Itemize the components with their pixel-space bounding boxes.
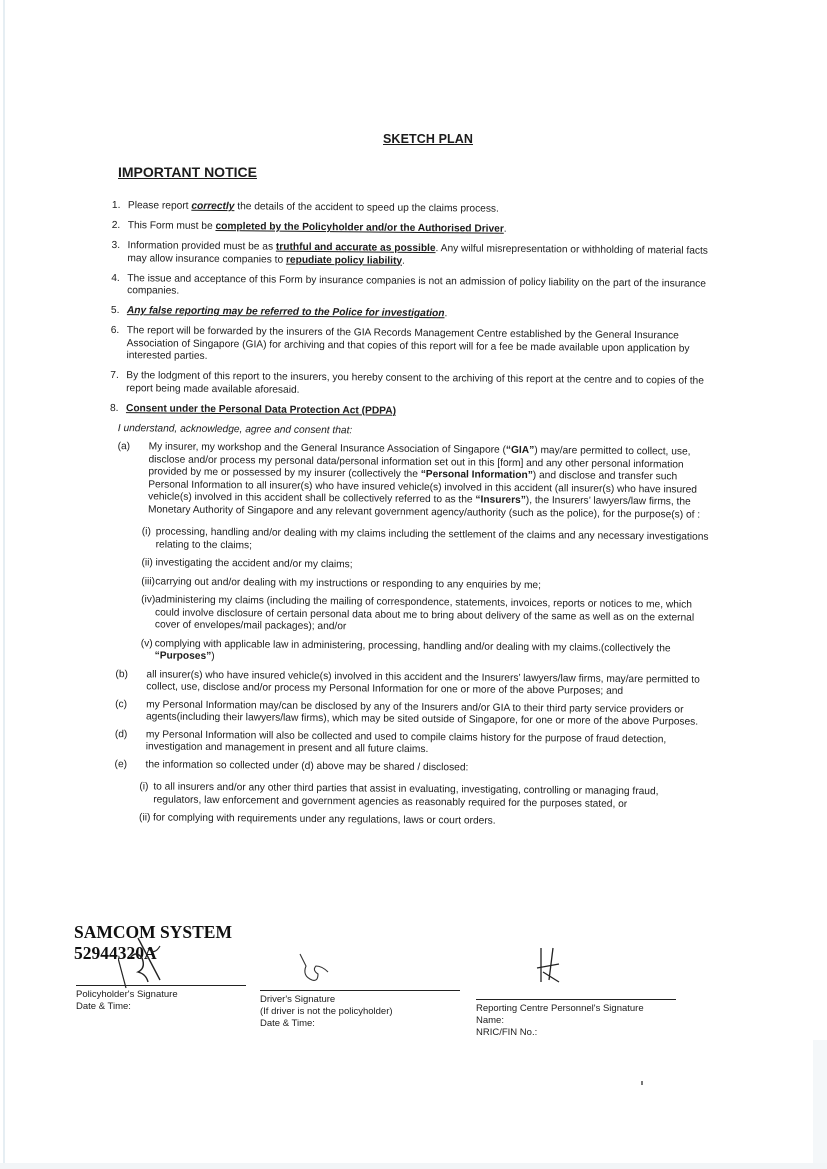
sub-clause-list: (i)to all insurers and/or any other thir…	[139, 781, 706, 830]
emphasized-text: “Personal Information”	[421, 469, 533, 481]
emphasized-text: “GIA”	[506, 445, 534, 456]
item-text: The report will be forwarded by the insu…	[126, 325, 710, 368]
consent-section: 8. Consent under the Personal Data Prote…	[110, 402, 710, 420]
scan-edge	[0, 1163, 827, 1169]
item-number: 4.	[111, 272, 120, 285]
text-run: This Form must be	[128, 220, 216, 232]
sub-clause-label: (iii)	[141, 576, 155, 589]
item-text: By the lodgment of this report to the in…	[126, 370, 710, 401]
clause-text: My insurer, my workshop and the General …	[148, 441, 710, 521]
notice-item: 4.The issue and acceptance of this Form …	[111, 272, 711, 303]
sub-clause-label: (i)	[139, 781, 148, 794]
text-run: )	[211, 651, 215, 662]
item-number: 1.	[112, 200, 121, 213]
sub-clause-text: investigating the accident and/or my cla…	[155, 557, 708, 575]
reporting-centre-id-label: NRIC/FIN No.:	[476, 1027, 676, 1039]
sub-clause-label: (v)	[141, 638, 153, 651]
sub-clause-list: (i)processing, handling and/or dealing w…	[141, 526, 709, 668]
driver-signature-note: (If driver is not the policyholder)	[260, 1006, 460, 1018]
item-text: The issue and acceptance of this Form by…	[127, 273, 711, 304]
notice-list: 1.Please report correctly the details of…	[106, 200, 712, 836]
sub-clause-text: to all insurers and/or any other third p…	[153, 781, 706, 811]
text-run: The report will be forwarded by the insu…	[126, 325, 689, 362]
reporting-centre-name-label: Name:	[476, 1015, 676, 1027]
notice-heading: IMPORTANT NOTICE	[118, 164, 257, 180]
consent-clause: (c)my Personal Information may/can be di…	[115, 699, 707, 730]
text-run: Information provided must be as	[128, 240, 276, 252]
signature-line	[476, 999, 676, 1000]
sub-clause-label: (ii)	[141, 557, 152, 570]
emphasized-text: correctly	[191, 201, 234, 212]
notice-item: 7.By the lodgment of this report to the …	[110, 370, 710, 401]
emphasized-text: completed by the Policyholder and/or the…	[215, 221, 503, 235]
reporting-centre-signature-mark	[535, 946, 563, 986]
text-run: all insurer(s) who have insured vehicle(…	[146, 669, 700, 697]
text-run: .	[504, 224, 507, 235]
notice-item: 6.The report will be forwarded by the in…	[110, 325, 710, 368]
driver-signature-block: Driver's Signature (If driver is not the…	[260, 990, 460, 1030]
item-text: Any false reporting may be referred to t…	[127, 305, 711, 323]
clause-text: my Personal Information may/can be discl…	[146, 699, 707, 729]
text-run: The issue and acceptance of this Form by…	[127, 273, 706, 297]
consent-heading: Consent under the Personal Data Protecti…	[126, 403, 710, 421]
reporting-centre-signature-block: Reporting Centre Personnel's Signature N…	[476, 999, 676, 1039]
emphasized-text: “Insurers”	[475, 495, 525, 506]
sub-clause-text: carrying out and/or dealing with my inst…	[155, 576, 708, 594]
sub-clause: (v)complying with applicable law in admi…	[141, 638, 708, 668]
emphasized-text: truthful and accurate as possible	[276, 242, 436, 255]
consent-clause: (d)my Personal Information will also be …	[115, 729, 707, 760]
sub-clause: (i)to all insurers and/or any other thir…	[139, 781, 706, 811]
item-number: 6.	[111, 325, 120, 338]
text-run: .	[402, 255, 405, 266]
scan-edge	[813, 1040, 827, 1169]
sub-clause: (iv)administering my claims (including t…	[141, 594, 708, 637]
clause-text: the information so collected under (d) a…	[146, 759, 707, 777]
sub-clause-text: administering my claims (including the m…	[155, 594, 708, 637]
consent-body: I understand, acknowledge, agree and con…	[114, 423, 710, 831]
sub-clause: (i)processing, handling and/or dealing w…	[142, 526, 709, 556]
policyholder-signature-mark	[118, 930, 198, 990]
clause-label: (c)	[115, 699, 127, 712]
consent-intro: I understand, acknowledge, agree and con…	[118, 423, 710, 441]
driver-signature-label: Driver's Signature	[260, 994, 460, 1006]
text-run: complying with applicable law in adminis…	[155, 638, 671, 654]
notice-item: 5.Any false reporting may be referred to…	[111, 305, 711, 323]
policyholder-signature-label: Policyholder's Signature	[76, 989, 246, 1001]
clause-label: (b)	[115, 669, 128, 682]
item-text: This Form must be completed by the Polic…	[128, 220, 712, 238]
signature-line	[76, 985, 246, 986]
sub-clause-label: (iv)	[141, 594, 155, 607]
scan-edge	[3, 0, 5, 1169]
clause-label: (d)	[115, 729, 128, 742]
policyholder-date-label: Date & Time:	[76, 1001, 246, 1013]
scan-speck	[641, 1081, 643, 1085]
text-run: the details of the accident to speed up …	[234, 201, 499, 215]
item-text: Information provided must be as truthful…	[127, 240, 711, 271]
sub-clause-text: processing, handling and/or dealing with…	[156, 526, 709, 556]
text-run: By the lodgment of this report to the in…	[126, 370, 704, 395]
item-number: 2.	[112, 220, 121, 233]
document-title: SKETCH PLAN	[383, 132, 473, 146]
clause-text: all insurer(s) who have insured vehicle(…	[146, 669, 707, 699]
policyholder-signature-block: Policyholder's Signature Date & Time:	[76, 985, 246, 1013]
sub-clause: (ii)investigating the accident and/or my…	[141, 557, 708, 575]
text-run: the information so collected under (d) a…	[146, 759, 469, 773]
item-text: Please report correctly the details of t…	[128, 200, 712, 218]
reporting-centre-signature-label: Reporting Centre Personnel's Signature	[476, 1003, 676, 1015]
sub-clause-label: (ii)	[139, 812, 150, 825]
text-run: my Personal Information will also be col…	[146, 729, 667, 755]
document-page: SKETCH PLAN IMPORTANT NOTICE 1.Please re…	[0, 0, 827, 1169]
sub-clause-label: (i)	[142, 526, 151, 539]
text-run: .	[444, 308, 447, 319]
emphasized-text: repudiate policy liability	[286, 254, 402, 266]
notice-item: 2.This Form must be completed by the Pol…	[112, 220, 712, 238]
item-number: 3.	[111, 240, 120, 253]
item-number: 5.	[111, 305, 120, 318]
driver-signature-mark	[296, 952, 336, 988]
notice-item: 1.Please report correctly the details of…	[112, 200, 712, 218]
clause-text: my Personal Information will also be col…	[146, 729, 707, 759]
consent-clause: (b)all insurer(s) who have insured vehic…	[115, 669, 707, 700]
item-number: 8.	[110, 402, 119, 415]
emphasized-text: Any false reporting may be referred to t…	[127, 305, 445, 319]
clause-label: (a)	[118, 441, 131, 454]
text-run: my Personal Information may/can be discl…	[146, 699, 698, 728]
consent-clause: (e)the information so collected under (d…	[114, 759, 707, 831]
item-number: 7.	[110, 370, 119, 383]
clause-label: (e)	[115, 759, 128, 772]
consent-clause: (a)My insurer, my workshop and the Gener…	[116, 441, 710, 668]
sub-clause-text: complying with applicable law in adminis…	[155, 638, 708, 668]
notice-item: 3.Information provided must be as truthf…	[111, 240, 711, 271]
sub-clause: (ii)for complying with requirements unde…	[139, 812, 706, 830]
signature-line	[260, 990, 460, 991]
driver-date-label: Date & Time:	[260, 1018, 460, 1030]
emphasized-text: “Purposes”	[155, 650, 212, 662]
sub-clause: (iii)carrying out and/or dealing with my…	[141, 576, 708, 594]
text-run: Please report	[128, 200, 192, 212]
sub-clause-text: for complying with requirements under an…	[153, 812, 706, 830]
